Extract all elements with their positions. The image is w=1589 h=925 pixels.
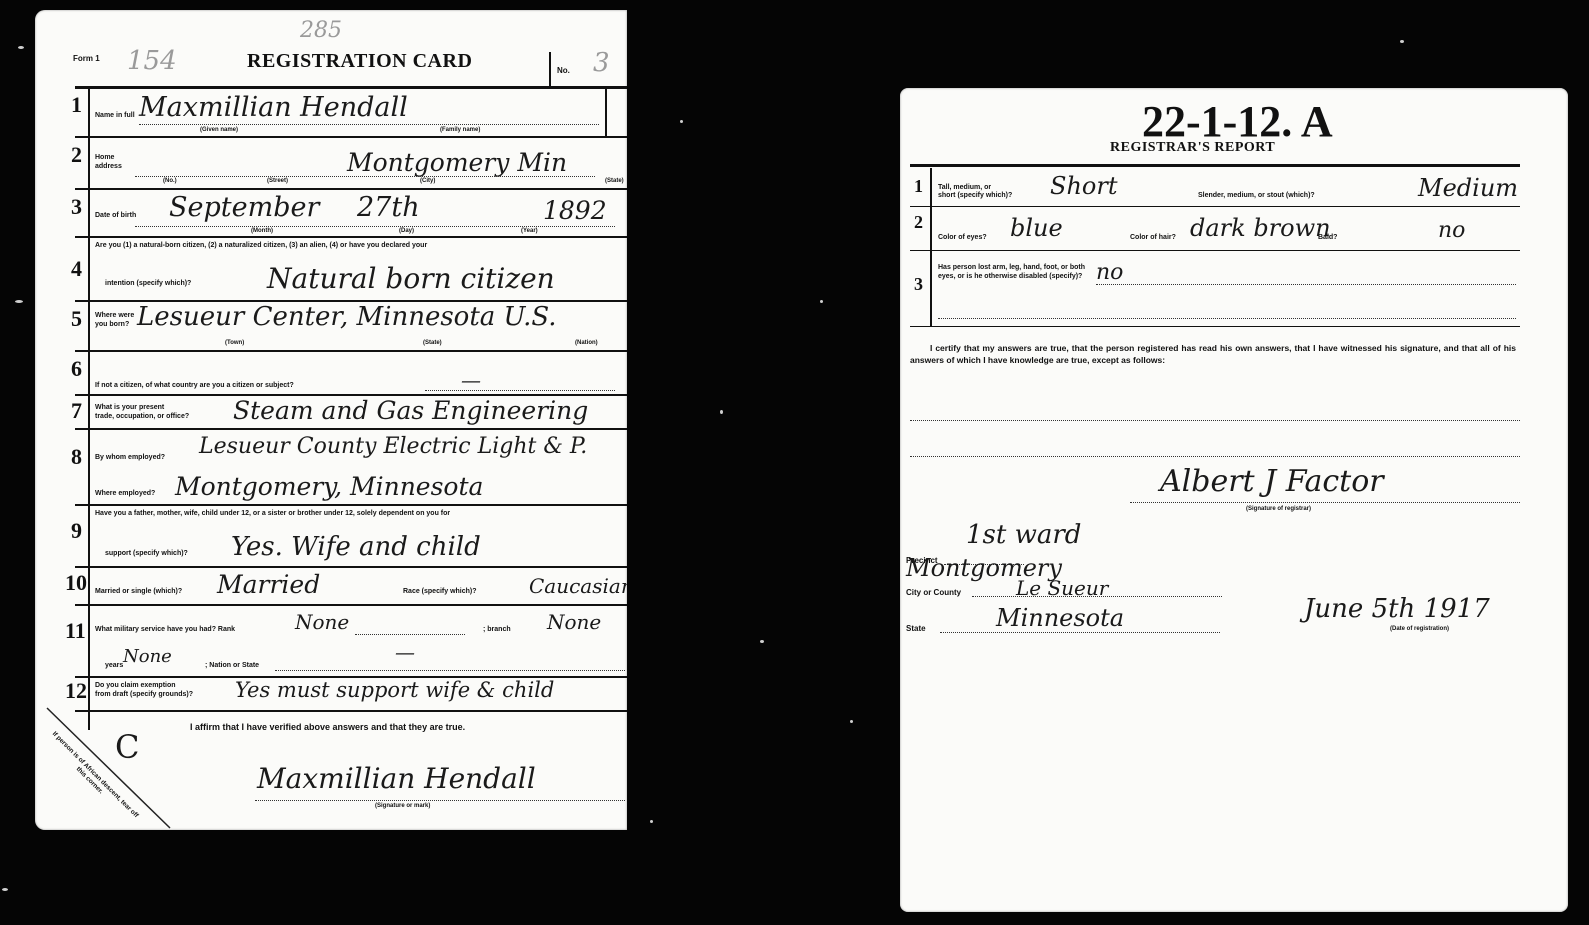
field-label-citizenship: Are you (1) a natural-born citizen, (2) … <box>95 242 427 249</box>
row-rule <box>910 250 1520 251</box>
sublabel: (City) <box>420 178 435 184</box>
field-value-branch: None <box>547 610 601 634</box>
row-number: 1 <box>914 176 923 197</box>
field-value-years: None <box>123 646 172 667</box>
row-rule <box>75 236 627 238</box>
row-number: 4 <box>71 256 82 282</box>
row-rule <box>75 350 627 352</box>
sublabel: (Street) <box>267 178 288 184</box>
field-label-support: support (specify which)? <box>105 550 188 557</box>
field-label-disabled: Has person lost arm, leg, hand, foot, or… <box>938 264 1085 271</box>
row-number: 8 <box>71 444 82 470</box>
header-rule <box>75 86 627 89</box>
fill-line <box>135 226 615 227</box>
sublabel: (Month) <box>251 228 273 234</box>
field-label-eyes: Color of eyes? <box>938 234 987 241</box>
sublabel: (Given name) <box>200 127 238 133</box>
field-value-bald: no <box>1438 218 1465 243</box>
row-rule <box>75 136 627 138</box>
row-number: 2 <box>914 212 923 233</box>
scan-speck <box>760 640 764 643</box>
field-value-name: Maxmillian Hendall <box>139 92 408 123</box>
field-label-exemption2: from draft (specify grounds)? <box>95 691 193 698</box>
fill-line <box>1130 502 1520 503</box>
sublabel: (State) <box>423 340 442 346</box>
scan-speck <box>1400 40 1404 43</box>
field-label-born: Where were <box>95 312 134 319</box>
registrar-report-card: 22-1-12. A REGISTRAR'S REPORT 1 Tall, me… <box>900 88 1568 912</box>
row-number: 3 <box>914 274 923 295</box>
city-county-label: City or County <box>906 588 961 597</box>
row-number: 11 <box>65 618 86 644</box>
row-rule <box>75 566 627 568</box>
certification-text: I certify that my answers are true, that… <box>910 342 1516 366</box>
field-label-home: Home <box>95 154 114 161</box>
field-value-height: Short <box>1050 172 1117 200</box>
field-value-disabled: no <box>1096 260 1123 285</box>
fill-line <box>135 176 595 177</box>
scan-speck <box>720 410 723 414</box>
field-label-intention: intention (specify which)? <box>105 280 191 287</box>
field-value-race: Caucasian <box>529 574 627 598</box>
field-label-dependents: Have you a father, mother, wife, child u… <box>95 510 450 517</box>
corner-mark: C <box>115 728 139 766</box>
row-number: 5 <box>71 306 82 332</box>
registrar-signature-label: (Signature of registrar) <box>1246 506 1311 512</box>
scan-speck <box>2 888 8 891</box>
field-label-hair: Color of hair? <box>1130 234 1176 241</box>
field-value-where-employed: Montgomery, Minnesota <box>175 472 483 501</box>
fill-line <box>355 634 465 635</box>
field-value-rank: None <box>295 610 349 634</box>
fill-line <box>972 596 1222 597</box>
field-label-dob: Date of birth <box>95 212 136 219</box>
row-number: 3 <box>71 194 82 220</box>
field-label-trade2: trade, occupation, or office? <box>95 413 189 420</box>
no-value: 3 <box>593 48 610 78</box>
sublabel: (Nation) <box>575 340 598 346</box>
scan-speck <box>820 300 823 303</box>
field-label-years: years <box>105 662 123 669</box>
sublabel: (Family name) <box>440 127 480 133</box>
registrar-signature: Albert J Factor <box>1160 464 1384 499</box>
fill-line <box>1096 284 1516 285</box>
row-rule <box>75 428 627 430</box>
header-rule <box>910 164 1520 167</box>
divider <box>549 52 551 86</box>
row-number: 9 <box>71 518 82 544</box>
row-number-divider <box>930 168 932 326</box>
scan-speck <box>680 120 683 123</box>
scan-speck <box>850 720 853 723</box>
field-label-marital: Married or single (which)? <box>95 588 182 595</box>
fill-line <box>938 318 1516 319</box>
serial-handwritten: 285 <box>300 18 342 43</box>
field-value-dependents: Yes. Wife and child <box>231 532 481 562</box>
field-value-citizenship: Natural born citizen <box>267 262 555 295</box>
field-label-bald: Bald? <box>1318 234 1337 241</box>
signature-label: (Signature or mark) <box>375 803 430 809</box>
precinct-value: 1st ward <box>966 520 1081 550</box>
form-number-handwritten: 154 <box>127 46 177 76</box>
fill-line <box>425 390 615 391</box>
affirmation-text: I affirm that I have verified above answ… <box>190 722 465 732</box>
field-label-where-employed: Where employed? <box>95 490 155 497</box>
field-value-nation: — <box>395 640 415 664</box>
row-rule <box>910 206 1520 207</box>
fill-line <box>255 800 625 801</box>
fill-line <box>910 456 1520 457</box>
field-value-dob-day: 27th <box>357 192 420 223</box>
registration-card: Form 1 154 285 REGISTRATION CARD No. 3 1… <box>35 10 627 830</box>
field-label-nation: ; Nation or State <box>205 662 259 669</box>
report-title: REGISTRAR'S REPORT <box>1110 140 1275 156</box>
row-number: 10 <box>65 570 87 596</box>
field-value-dob-month: September <box>169 192 319 223</box>
field-label-race: Race (specify which)? <box>403 588 477 595</box>
tear-off-corner-line <box>35 700 175 830</box>
row-rule <box>75 188 627 190</box>
row-number: 2 <box>71 142 82 168</box>
field-value-country: — <box>461 368 481 392</box>
field-label-country: If not a citizen, of what country are yo… <box>95 382 294 389</box>
field-label-height2: short (specify which)? <box>938 192 1012 199</box>
form-label: Form 1 <box>73 54 100 63</box>
field-label-trade: What is your present <box>95 404 164 411</box>
field-label-branch: ; branch <box>483 626 511 633</box>
sublabel: (Town) <box>225 340 244 346</box>
row-rule <box>75 504 627 506</box>
field-label-employer: By whom employed? <box>95 454 165 461</box>
row-rule <box>75 604 627 606</box>
field-value-trade: Steam and Gas Engineering <box>233 396 588 425</box>
field-label-address: address <box>95 163 122 170</box>
field-value-birthplace: Lesueur Center, Minnesota U.S. <box>137 302 557 332</box>
sublabel: (State) <box>605 178 624 184</box>
applicant-signature: Maxmillian Hendall <box>257 762 536 795</box>
state-value: Minnesota <box>996 604 1124 632</box>
fill-line <box>139 124 599 125</box>
fill-line <box>275 670 625 671</box>
sublabel: (Year) <box>521 228 538 234</box>
scan-speck <box>15 300 23 303</box>
row-number: 7 <box>71 398 82 424</box>
field-value-address: Montgomery Min <box>347 148 567 177</box>
field-value-dob-year: 1892 <box>543 196 607 225</box>
sublabel: (No.) <box>163 178 177 184</box>
registration-date-label: (Date of registration) <box>1390 626 1449 632</box>
field-value-hair: dark brown <box>1190 214 1331 242</box>
fill-line <box>910 420 1520 421</box>
field-value-eyes: blue <box>1010 214 1063 242</box>
field-label-military: What military service have you had? Rank <box>95 626 235 633</box>
fill-line <box>940 632 1220 633</box>
card-title: REGISTRATION CARD <box>247 50 472 73</box>
field-value-exemption: Yes must support wife & child <box>235 678 554 702</box>
field-label-exemption: Do you claim exemption <box>95 682 176 689</box>
field-value-marital: Married <box>217 570 320 599</box>
state-label: State <box>906 624 926 633</box>
no-label: No. <box>557 66 570 75</box>
field-label-born2: you born? <box>95 321 129 328</box>
field-label-disabled2: eyes, or is he otherwise disabled (speci… <box>938 273 1082 280</box>
field-label-build: Slender, medium, or stout (which)? <box>1198 192 1315 199</box>
divider <box>605 88 607 136</box>
sublabel: (Day) <box>399 228 414 234</box>
field-label-name: Name in full <box>95 112 135 119</box>
field-label-height: Tall, medium, or <box>938 184 991 191</box>
row-rule <box>910 326 1520 327</box>
row-number-divider <box>88 88 90 730</box>
scan-speck <box>650 820 653 823</box>
row-number: 6 <box>71 356 82 382</box>
scan-speck <box>18 46 24 49</box>
field-value-employer: Lesueur County Electric Light & P. <box>199 434 587 459</box>
row-number: 1 <box>71 92 82 118</box>
registration-date-value: June 5th 1917 <box>1304 594 1490 624</box>
field-value-build: Medium <box>1418 174 1518 202</box>
